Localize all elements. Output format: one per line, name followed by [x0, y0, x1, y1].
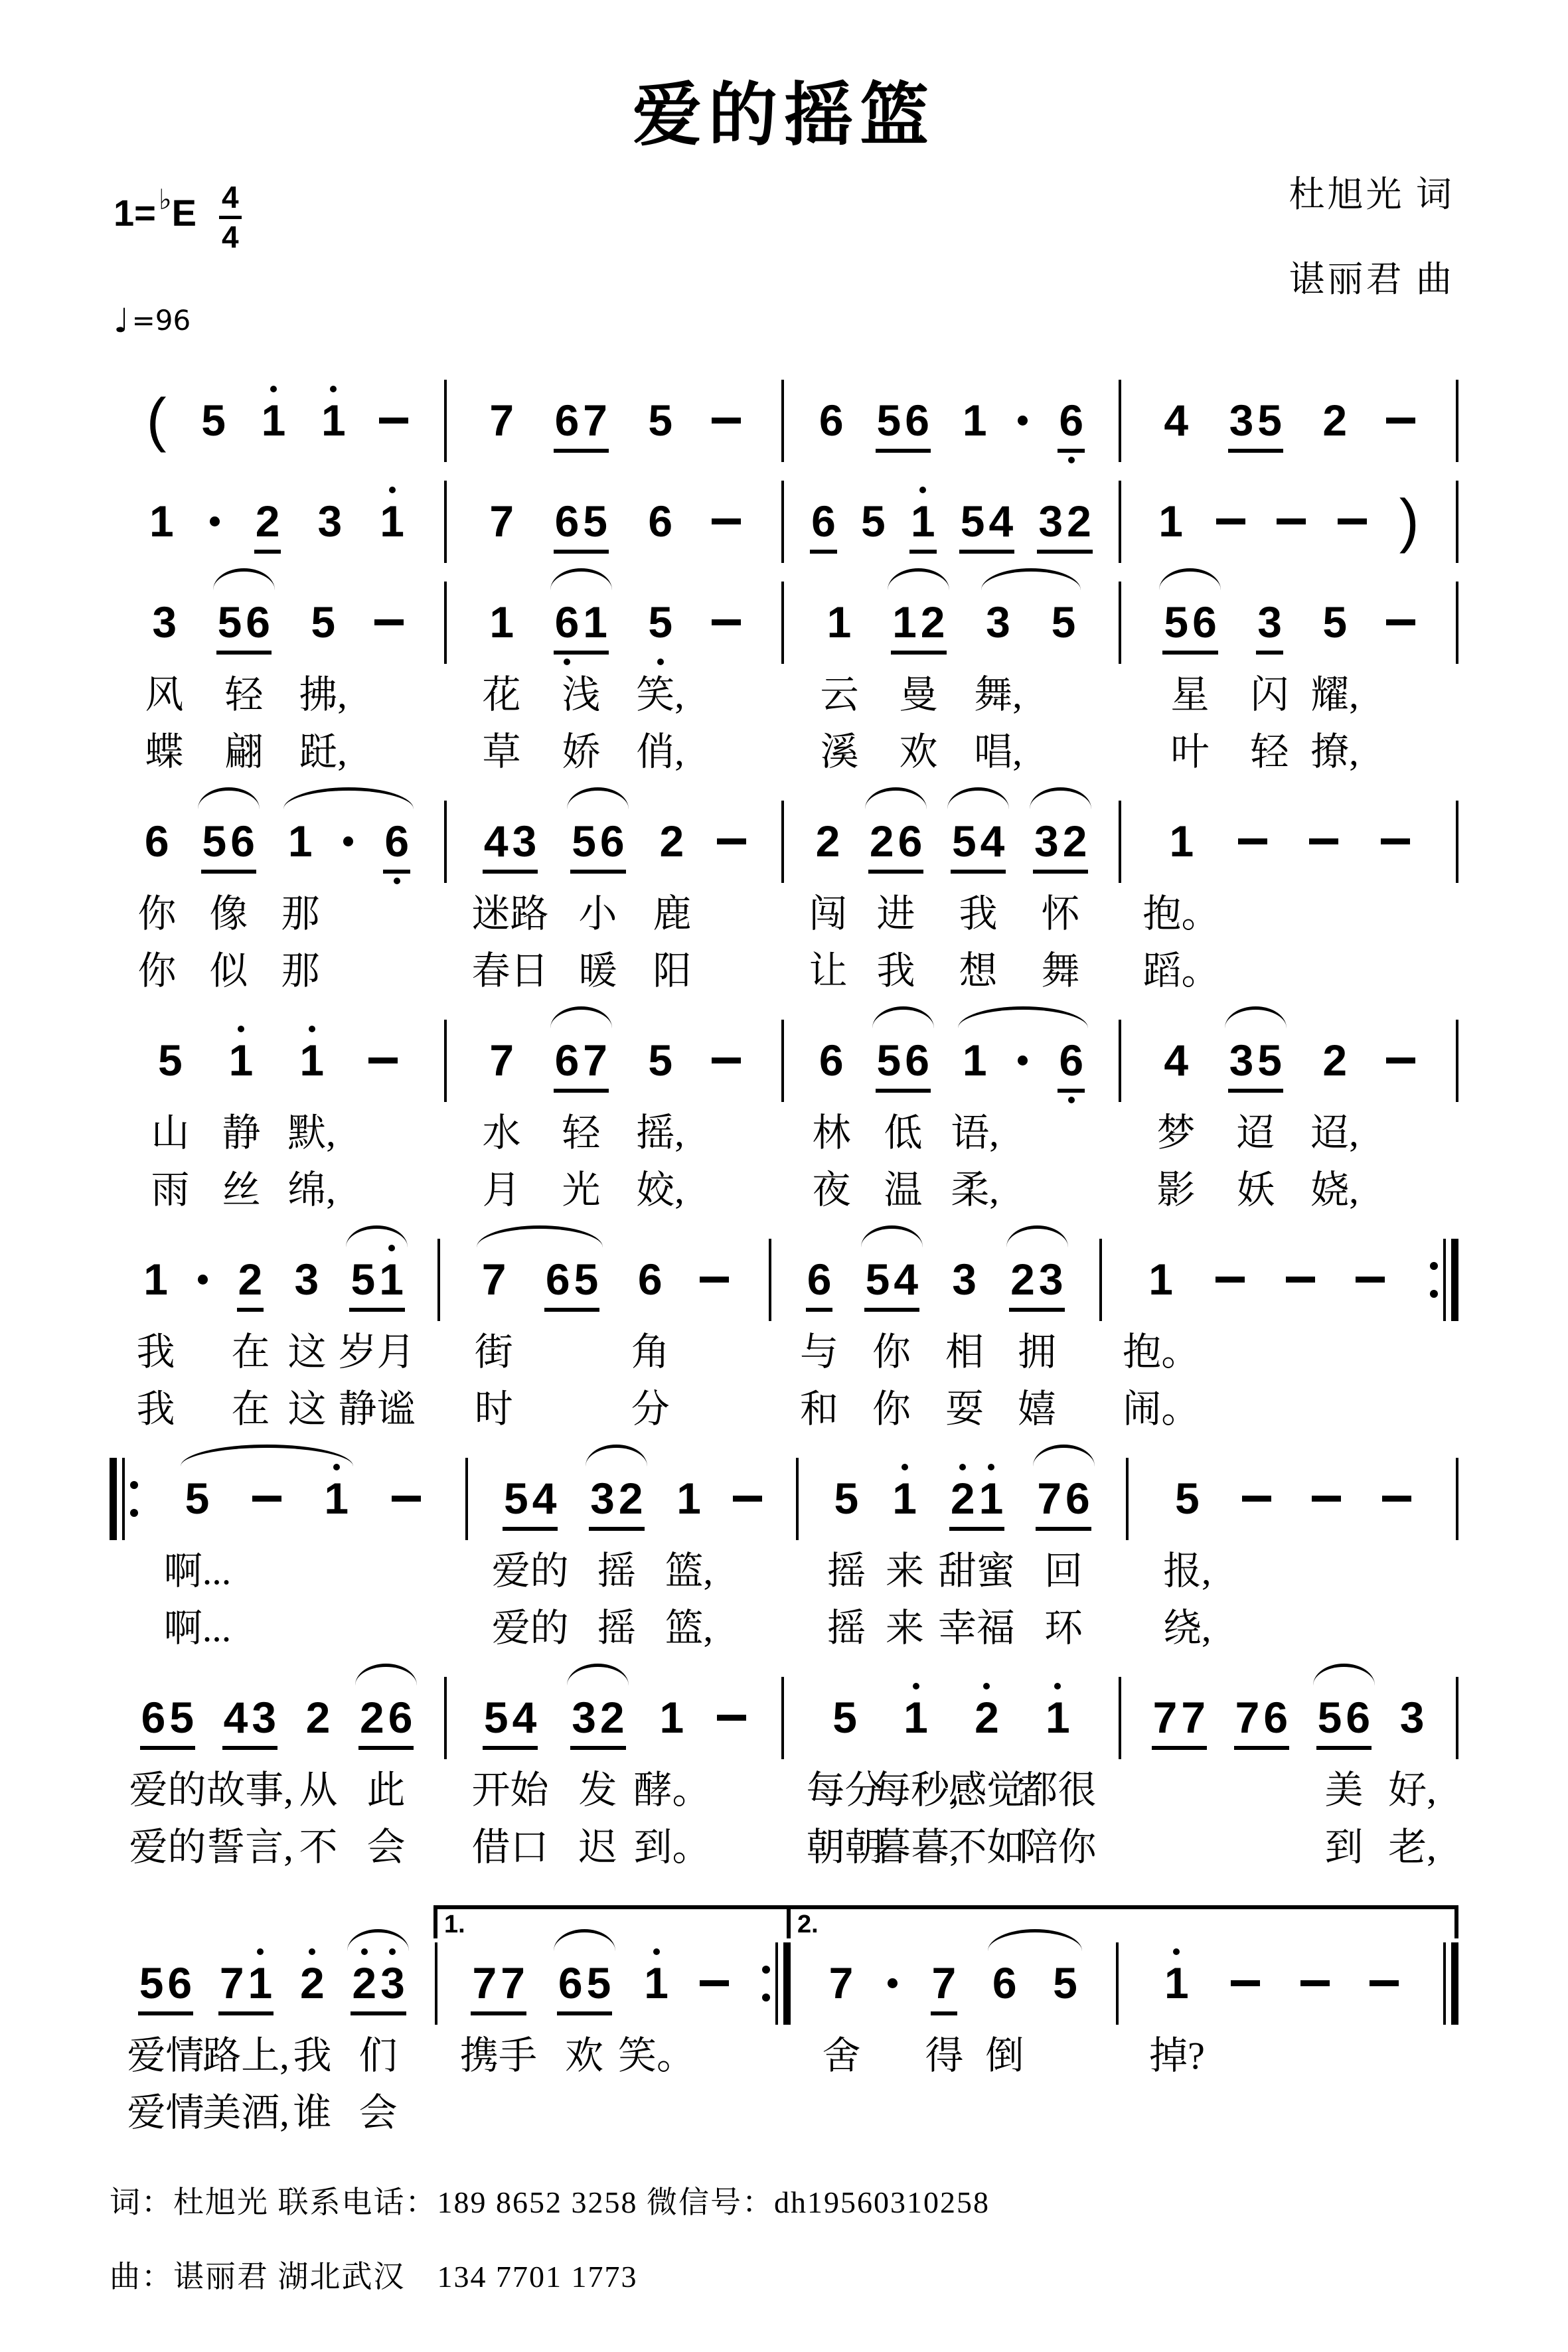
lyric-syllable: 迢,: [1310, 1110, 1359, 1156]
lyric-syllable: 会: [366, 1824, 405, 1871]
measure: 7765: [791, 1940, 1116, 2027]
lyrics-measure: 溪欢唱,: [784, 724, 1119, 781]
note: 7: [829, 1958, 854, 2007]
notation-row: 51543215121765: [110, 1455, 1458, 1543]
lyrics-measure: 抱。: [1102, 1324, 1430, 1381]
note: 1: [963, 1036, 987, 1085]
note: 1: [379, 1255, 404, 1304]
note: 2: [1063, 817, 1087, 866]
note: 2: [921, 597, 945, 647]
lyrics-measure: 掉?: [1119, 2027, 1444, 2084]
note-group: 1: [1162, 1958, 1191, 2007]
lyric-syllable: 在: [231, 1386, 270, 1433]
slur-arc: [477, 1225, 603, 1247]
dash-unit: [1242, 1474, 1271, 1523]
repeat-dot: [762, 1994, 770, 2001]
bar-segment: [1456, 1020, 1458, 1102]
lyric-syllable: 夜: [812, 1167, 850, 1214]
note: 3: [295, 1255, 319, 1304]
volta-label: 1.: [444, 1912, 465, 1937]
note: 5: [961, 497, 985, 546]
note: 6: [555, 396, 580, 445]
lyric-syllable: 抱。: [1123, 1329, 1200, 1375]
lyrics-measure: 月光姣,: [447, 1162, 781, 1219]
lyrics-measure: 啊...: [138, 1600, 465, 1657]
note-group: 6: [143, 817, 171, 866]
lyric-syllable: 曼: [899, 672, 937, 718]
lyric-syllable: 撩,: [1310, 729, 1359, 775]
lyrics-measure: 爱的故事,从此: [110, 1762, 444, 1819]
time-numerator: 4: [219, 181, 242, 219]
note-group: 1: [890, 1474, 919, 1523]
lyrics-measure: 草娇俏,: [447, 724, 781, 781]
bar-segment: [1451, 1239, 1458, 1321]
note-group: 4: [1162, 1036, 1190, 1085]
dash-unit: [1356, 1255, 1385, 1304]
lyric-syllable: 雨: [151, 1167, 189, 1214]
lyrics-measure: 舍得倒: [791, 2027, 1116, 2084]
lyric-syllable: 星: [1170, 672, 1209, 718]
note: 4: [894, 1255, 918, 1304]
note: 5: [169, 1693, 194, 1742]
measure: 4352: [1121, 1017, 1456, 1105]
note: 5: [1257, 396, 1282, 445]
note: 2: [256, 497, 280, 546]
note-group: 65: [139, 1693, 196, 1742]
slur-arc: [981, 568, 1081, 590]
note: 6: [1346, 1693, 1370, 1742]
note: 5: [484, 1693, 509, 1742]
note: 5: [1164, 597, 1188, 647]
lyrics-row: 爱的誓言,不会借口迟到。朝朝暮暮,不如陪你到老,: [110, 1819, 1458, 1876]
note-group: 5: [1320, 597, 1349, 647]
lyric-syllable: 会: [358, 2090, 397, 2136]
lyric-syllable: 笑,: [636, 672, 684, 718]
note: 3: [1257, 597, 1282, 647]
note-group: 6: [382, 817, 411, 866]
lyrics-row: 爱情美酒,谁会: [110, 2084, 1458, 2142]
lyrics-measure: 你似那: [110, 943, 444, 1000]
note: 2: [352, 1958, 376, 2007]
note-group: 2: [236, 1255, 265, 1304]
slur-arc: [198, 787, 260, 809]
octave-dot-above: [309, 1026, 315, 1032]
note: 6: [558, 1958, 583, 2007]
lyric-syllable: 美酒,: [202, 2090, 289, 2136]
lyric-syllable: 嬉: [1018, 1386, 1056, 1433]
dash-unit: [717, 1693, 746, 1742]
dash-unit: [717, 817, 746, 866]
note-group: 26: [868, 817, 924, 866]
paren: ): [1398, 497, 1421, 546]
dash: [1216, 518, 1245, 524]
key-letter: E: [172, 195, 196, 232]
note-group: 65: [556, 1958, 613, 2007]
note: 3: [1039, 1255, 1063, 1304]
lyrics-row: 啊...爱的摇篮,摇来幸福环绕,: [110, 1600, 1458, 1657]
lyric-syllable: 鹿: [653, 891, 691, 937]
note-group: 5: [830, 1693, 859, 1742]
note-group: 2: [254, 497, 282, 546]
measure: 54321: [468, 1455, 795, 1543]
note-group: 6: [817, 1036, 846, 1085]
note: 5: [648, 396, 672, 445]
dash: [1300, 1980, 1330, 1986]
dash: [252, 1496, 281, 1502]
note: 3: [952, 1255, 977, 1304]
dash: [1277, 518, 1306, 524]
measure: 4352: [1121, 377, 1456, 465]
note: 6: [648, 497, 672, 546]
dash-unit: [712, 597, 741, 647]
lyrics-measure: [437, 2084, 763, 2142]
dash: [1231, 1980, 1260, 1986]
note-group: 6: [636, 1255, 665, 1304]
measure: 512176: [799, 1455, 1126, 1543]
dash: [1382, 1496, 1411, 1502]
note-group: 2: [304, 1693, 333, 1742]
note: 7: [1235, 1693, 1260, 1742]
note-group: 1: [378, 497, 406, 546]
measure: 12351: [110, 1236, 437, 1324]
lyric-syllable: 美: [1324, 1767, 1363, 1814]
note: 1: [1046, 1693, 1070, 1742]
note-group: 32: [570, 1693, 626, 1742]
dot-unit: [1018, 396, 1028, 445]
dash: [700, 1277, 729, 1283]
slur-arc: [1006, 1225, 1068, 1247]
lyric-syllable: 闹。: [1123, 1386, 1200, 1433]
dash: [1215, 1277, 1245, 1283]
lyrics-measure: 春日暖阳: [447, 943, 781, 1000]
note: 3: [590, 1474, 615, 1523]
lyric-syllable: 娇: [562, 729, 600, 775]
dash-unit: [700, 1958, 729, 2007]
octave-dot-above: [959, 1464, 966, 1470]
lyrics-row: 我在这岁月街角与你相拥抱。: [110, 1324, 1458, 1381]
note: 5: [139, 1958, 164, 2007]
lyrics-measure: 你像那: [110, 886, 444, 943]
note: 5: [185, 1474, 210, 1523]
measure: 65616: [784, 377, 1119, 465]
lyric-syllable: 春日: [471, 948, 548, 994]
slur-arc: [861, 1225, 923, 1247]
lyrics-measure: 花浅笑,: [447, 666, 781, 724]
note-group: 5: [309, 597, 337, 647]
barline-final: [1443, 1942, 1458, 2025]
notation-row: 1235176566543231: [110, 1236, 1458, 1324]
note-group: 2: [1320, 396, 1349, 445]
note-group: 3: [1255, 597, 1284, 647]
lyric-syllable: 浅: [562, 672, 600, 718]
note: 3: [1229, 1036, 1254, 1085]
lyric-syllable: 林: [812, 1110, 850, 1156]
measure: 511: [110, 1017, 444, 1105]
dot-unit: [198, 1255, 208, 1304]
note-group: 43: [222, 1693, 278, 1742]
measure: 5: [1129, 1455, 1456, 1543]
bar-segment: [1451, 1942, 1458, 2025]
note: 1: [827, 597, 852, 647]
lyric-syllable: 每秒,: [872, 1767, 959, 1814]
measure: 6543226: [110, 1674, 444, 1762]
lyric-syllable: 谁: [293, 2090, 331, 2136]
lyric-syllable: 怀: [1041, 891, 1079, 937]
score-line: 1235176566543231我在这岁月街角与你相拥抱。我在这静谧时分和你耍嬉…: [110, 1236, 1458, 1438]
note-group: 7: [487, 1036, 516, 1085]
lyric-syllable: 叶: [1170, 729, 1209, 775]
footer-composer-contact: 曲：谌丽君 湖北武汉 134 7701 1773: [110, 2256, 1458, 2298]
note-group: 23: [1008, 1255, 1065, 1304]
note: 6: [807, 1255, 832, 1304]
lyric-syllable: 来: [886, 1605, 924, 1652]
lyric-syllable: 像: [209, 891, 248, 937]
note: 4: [1164, 1036, 1188, 1085]
slur-arc: [1159, 568, 1221, 590]
dash-unit: [1386, 1036, 1415, 1085]
note: 4: [224, 1693, 248, 1742]
note-group: 5: [1051, 1958, 1079, 2007]
dash: [1312, 1496, 1341, 1502]
note: 6: [1059, 1036, 1083, 1085]
lyric-syllable: 轻: [1250, 729, 1289, 775]
augmentation-dot: [198, 1275, 208, 1285]
bar-segment: [1443, 1942, 1446, 2025]
bar-segment: [122, 1458, 125, 1540]
note-group: 6: [809, 497, 838, 546]
lyric-syllable: 来: [886, 1548, 924, 1595]
note-group: 61: [553, 597, 609, 647]
dash: [712, 518, 741, 524]
lyrics-measure: 开始发酵。: [447, 1762, 781, 1819]
note-group: 2: [973, 1693, 1001, 1742]
lyrics-row: 啊...爱的摇篮,摇来甜蜜回报,: [110, 1543, 1458, 1600]
lyric-syllable: 风: [145, 672, 183, 718]
lyric-syllable: 到: [1324, 1824, 1363, 1871]
lyric-syllable: 相: [945, 1329, 984, 1375]
lyric-syllable: 舍: [822, 2033, 860, 2079]
note: 6: [600, 817, 625, 866]
note: 2: [300, 1958, 325, 2007]
note-group: 1: [286, 817, 315, 866]
measure: 7656: [447, 478, 781, 566]
lyric-syllable: 好,: [1388, 1767, 1437, 1814]
notation-row: 65432265432151217776563: [110, 1674, 1458, 1762]
barline-repeat_end: [762, 1942, 791, 2025]
note: 2: [1322, 1036, 1347, 1085]
dash: [368, 1058, 398, 1063]
lyrics-measure: 爱情美酒,谁会: [110, 2084, 435, 2142]
lyrics-measure: 迷路小鹿: [447, 886, 781, 943]
lyric-syllable: 篮,: [665, 1548, 713, 1595]
note-group: 6: [817, 396, 846, 445]
lyric-syllable: 轻: [224, 672, 263, 718]
measure: 2265432: [784, 798, 1119, 886]
lyric-syllable: 朝朝: [806, 1824, 883, 1871]
lyric-syllable: 丝: [222, 1167, 260, 1214]
bar-segment: [775, 1942, 778, 2025]
lyric-syllable: 拂,: [299, 672, 347, 718]
note: 4: [484, 817, 509, 866]
note: 6: [1059, 396, 1083, 445]
lyrics-measure: 抱。: [1121, 886, 1456, 943]
note-group: 1: [147, 497, 176, 546]
barline-single: [1456, 380, 1458, 462]
note-group: 1: [642, 1958, 670, 2007]
note: 5: [648, 597, 672, 647]
note: 1: [248, 1958, 273, 2007]
note: 6: [1065, 1474, 1090, 1523]
lyric-syllable: 笑。: [618, 2033, 695, 2079]
dash: [1356, 1277, 1385, 1283]
lyric-syllable: 光: [562, 1167, 600, 1214]
note: 5: [1175, 1474, 1200, 1523]
score-line: (5117675656164352: [110, 377, 1458, 465]
note-group: 54: [959, 497, 1015, 546]
credits-block: 杜旭光 词 谌丽君 曲: [1289, 177, 1455, 347]
note: 1: [299, 1036, 324, 1085]
note-group: 3: [316, 497, 345, 546]
lyric-syllable: 你: [872, 1386, 911, 1433]
note: 1: [324, 1474, 349, 1523]
song-title: 爱的摇篮: [110, 73, 1458, 159]
note-group: 32: [1036, 497, 1093, 546]
note: 7: [583, 1036, 607, 1085]
lyrics-row: 你像那迷路小鹿闯进我怀抱。: [110, 886, 1458, 943]
note: 7: [482, 1255, 507, 1304]
note: 6: [819, 396, 844, 445]
lyric-syllable: 迷路: [471, 891, 548, 937]
lyric-syllable: 拥: [1018, 1329, 1056, 1375]
note: 2: [1067, 497, 1091, 546]
bar-segment: [783, 1942, 791, 2025]
lyric-syllable: 迢: [1236, 1110, 1275, 1156]
lyric-syllable: 让: [809, 948, 847, 994]
note-group: 6: [805, 1255, 834, 1304]
note: 1: [262, 396, 286, 445]
lyric-syllable: 唱,: [974, 729, 1022, 775]
lyric-syllable: 都很: [1019, 1767, 1096, 1814]
note: 5: [877, 396, 902, 445]
lyric-syllable: 静谧: [338, 1386, 415, 1433]
note-group: 5: [646, 1036, 674, 1085]
barline-single: [1456, 1020, 1458, 1102]
lyric-syllable: 借口: [471, 1824, 548, 1871]
note-group: 7: [827, 1958, 856, 2007]
note: 1: [229, 1036, 254, 1085]
dash-unit: [1386, 597, 1415, 647]
octave-dot-above: [988, 1464, 994, 1470]
repeat-dot: [130, 1481, 138, 1489]
note: 1: [288, 817, 313, 866]
note: 1: [489, 597, 514, 647]
note: 2: [1010, 1255, 1035, 1304]
barline-single: [1456, 582, 1458, 664]
key-tempo-block: 1=♭E 4 4 ♩=96: [114, 177, 242, 337]
note: 7: [220, 1958, 244, 2007]
octave-dot-above: [257, 1948, 264, 1955]
repeat-dot: [762, 1966, 770, 1974]
octave-dot-above: [902, 1464, 908, 1470]
note: 5: [861, 497, 886, 546]
note-group: 3: [984, 597, 1012, 647]
note-group: 32: [588, 1474, 645, 1523]
measure: (511: [110, 377, 444, 465]
dash-unit: [1286, 1255, 1315, 1304]
note: 6: [819, 1036, 844, 1085]
lyrics-row: 雨丝绵,月光姣,夜温柔,影妖娆,: [110, 1162, 1458, 1219]
lyrics-measure: 蹈。: [1121, 943, 1456, 1000]
notation-row: 35651615112355635: [110, 579, 1458, 666]
note: 7: [489, 1036, 514, 1085]
lyric-syllable: 迟: [578, 1824, 617, 1871]
note-group: 76: [1035, 1474, 1091, 1523]
repeat-dots-icon: [762, 1942, 770, 2025]
lyric-syllable: 感觉: [948, 1767, 1025, 1814]
repeat-dot: [130, 1509, 138, 1517]
note-group: 5: [1050, 597, 1078, 647]
note-group: 2: [658, 817, 686, 866]
dash-unit: [1386, 396, 1415, 445]
note-group: 3: [950, 1255, 979, 1304]
slur-arc: [586, 1445, 647, 1466]
measure: 65616: [784, 1017, 1119, 1105]
octave-dot-above: [919, 487, 926, 493]
note: 7: [1181, 1693, 1206, 1742]
lyric-syllable: 耍: [945, 1386, 984, 1433]
note: 2: [1322, 396, 1347, 445]
measure: 1: [1119, 1940, 1444, 2027]
measure: 7776563: [1121, 1674, 1456, 1762]
note-group: 1: [1044, 1693, 1072, 1742]
lyrics-row: 风轻拂,花浅笑,云曼舞,星闪耀,: [110, 666, 1458, 724]
dash-unit: [368, 1036, 398, 1085]
dash: [374, 619, 404, 625]
lyric-syllable: 那: [281, 891, 319, 937]
note-group: 35: [1227, 396, 1284, 445]
note: 1: [892, 1474, 917, 1523]
notation-row: 656164356222654321: [110, 798, 1458, 886]
lyric-syllable: 跹,: [299, 729, 347, 775]
lyric-syllable: 发: [578, 1767, 617, 1814]
note: 7: [1153, 1693, 1178, 1742]
bar-segment: [1456, 801, 1458, 883]
bar-segment: [1456, 1677, 1458, 1759]
slur-arc: [567, 787, 629, 809]
note-group: 56: [137, 1958, 194, 2007]
note-group: 1: [1156, 497, 1185, 546]
lyric-syllable: 啊...: [164, 1605, 232, 1652]
tempo-value: =96: [132, 307, 191, 335]
header-meta: 1=♭E 4 4 ♩=96 杜旭光 词 谌丽君 曲: [114, 177, 1454, 347]
lyric-syllable: 水: [482, 1110, 520, 1156]
lyric-syllable: 时: [475, 1386, 513, 1433]
note: 5: [572, 817, 596, 866]
lyrics-row: 你似那春日暖阳让我想舞蹈。: [110, 943, 1458, 1000]
dash-unit: [1216, 497, 1245, 546]
flat-sign-icon: ♭: [159, 186, 172, 214]
lyric-syllable: 此: [366, 1767, 405, 1814]
quarter-note-icon: ♩: [114, 304, 129, 337]
note: 4: [980, 817, 1005, 866]
note: 5: [866, 1255, 890, 1304]
lyrics-row: 我在这静谧时分和你耍嬉闹。: [110, 1381, 1458, 1438]
lyric-syllable: 路上,: [202, 2033, 289, 2079]
lyric-syllable: 故事,: [206, 1767, 293, 1814]
slur-arc: [1225, 1006, 1287, 1028]
lyrics-measure: 让我想舞: [784, 943, 1119, 1000]
lyric-syllable: 溪: [820, 729, 858, 775]
